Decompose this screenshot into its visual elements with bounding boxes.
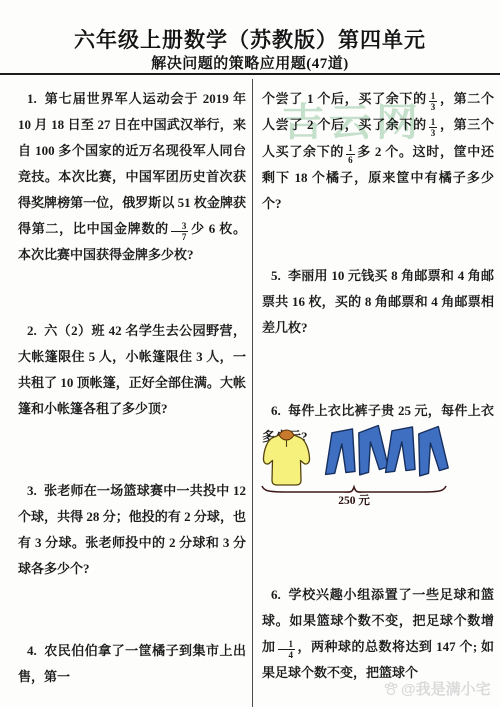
watermark-credit: @我是满小宅 <box>383 678 491 699</box>
problem-number: 3. <box>27 483 37 498</box>
problem-5: 5.李丽用 10 元钱买 8 角邮票和 4 角邮票共 16 枚，买的 8 角邮票… <box>262 263 494 341</box>
problem-number: 2. <box>27 323 37 338</box>
header-divider <box>0 73 500 75</box>
fraction-3-7: 37 <box>171 221 189 243</box>
problem-number: 1. <box>27 91 37 106</box>
problem-text: 个尝了 1 个后，买了余下的 <box>262 91 427 106</box>
fraction-1-4: 14 <box>278 639 296 661</box>
problem-number: 6. <box>271 403 281 418</box>
problem-4-continued: 个尝了 1 个后，买了余下的13，第二个人尝了 2 个后，买了余下的13，第三个… <box>262 86 494 217</box>
problem-text: 张老师在一场篮球赛中一共投中 12 个球，共得 28 分；他投的有 2 分球，也… <box>18 483 246 576</box>
problem-6-balls: 6.学校兴趣小组添置了一些足球和篮球。如果篮球个数不变，把足球个数增加14，两种… <box>262 582 494 686</box>
fraction-1-3: 13 <box>429 117 438 139</box>
page-title: 六年级上册数学（苏教版）第四单元 <box>0 24 500 54</box>
problem-text: 第七届世界军人运动会于 2019 年 10 月 18 日至 27 日在中国武汉举… <box>18 91 246 236</box>
problem-number: 6. <box>271 587 281 602</box>
pants-icon <box>326 427 360 478</box>
problem-number: 4. <box>27 643 37 658</box>
page-subtitle: 解决问题的策略应用题(47道) <box>0 52 500 73</box>
worksheet-page: 六年级上册数学（苏教版）第四单元 解决问题的策略应用题(47道) 吉云网 1.第… <box>0 0 500 707</box>
pants-icon <box>416 426 448 476</box>
price-label: 250 元 <box>322 492 386 508</box>
pants-icon <box>386 425 420 476</box>
problem-4: 4.农民伯伯拿了一筐橘子到集市上出售，第一 <box>18 638 246 690</box>
problem-2: 2.六（2）班 42 名学生去公园野营，大帐篷限住 5 人，小帐篷限住 3 人，… <box>18 318 246 422</box>
problem-text: ，两种球的总数将达到 147 个; 如果足球个数不变，把篮球个 <box>262 639 494 680</box>
fraction-1-6: 16 <box>346 143 355 165</box>
clothes-illustration <box>258 424 500 500</box>
problem-text: 六（2）班 42 名学生去公园野营，大帐篷限住 5 人，小帐篷限住 3 人，一共… <box>18 323 246 416</box>
jacket-icon <box>263 430 309 485</box>
problem-number: 5. <box>271 268 281 283</box>
problem-text: 农民伯伯拿了一筐橘子到集市上出售，第一 <box>18 643 246 684</box>
problem-3: 3.张老师在一场篮球赛中一共投中 12 个球，共得 28 分；他投的有 2 分球… <box>18 478 246 582</box>
fraction-1-3: 13 <box>429 91 438 113</box>
problem-text: 李丽用 10 元钱买 8 角邮票和 4 角邮票共 16 枚，买的 8 角邮票和 … <box>262 268 494 335</box>
paw-icon <box>383 681 399 697</box>
problem-1: 1.第七届世界军人运动会于 2019 年 10 月 18 日至 27 日在中国武… <box>18 86 246 268</box>
watermark-credit-text: @我是满小宅 <box>401 678 491 699</box>
pants-icon <box>356 425 388 475</box>
column-divider <box>252 79 253 707</box>
